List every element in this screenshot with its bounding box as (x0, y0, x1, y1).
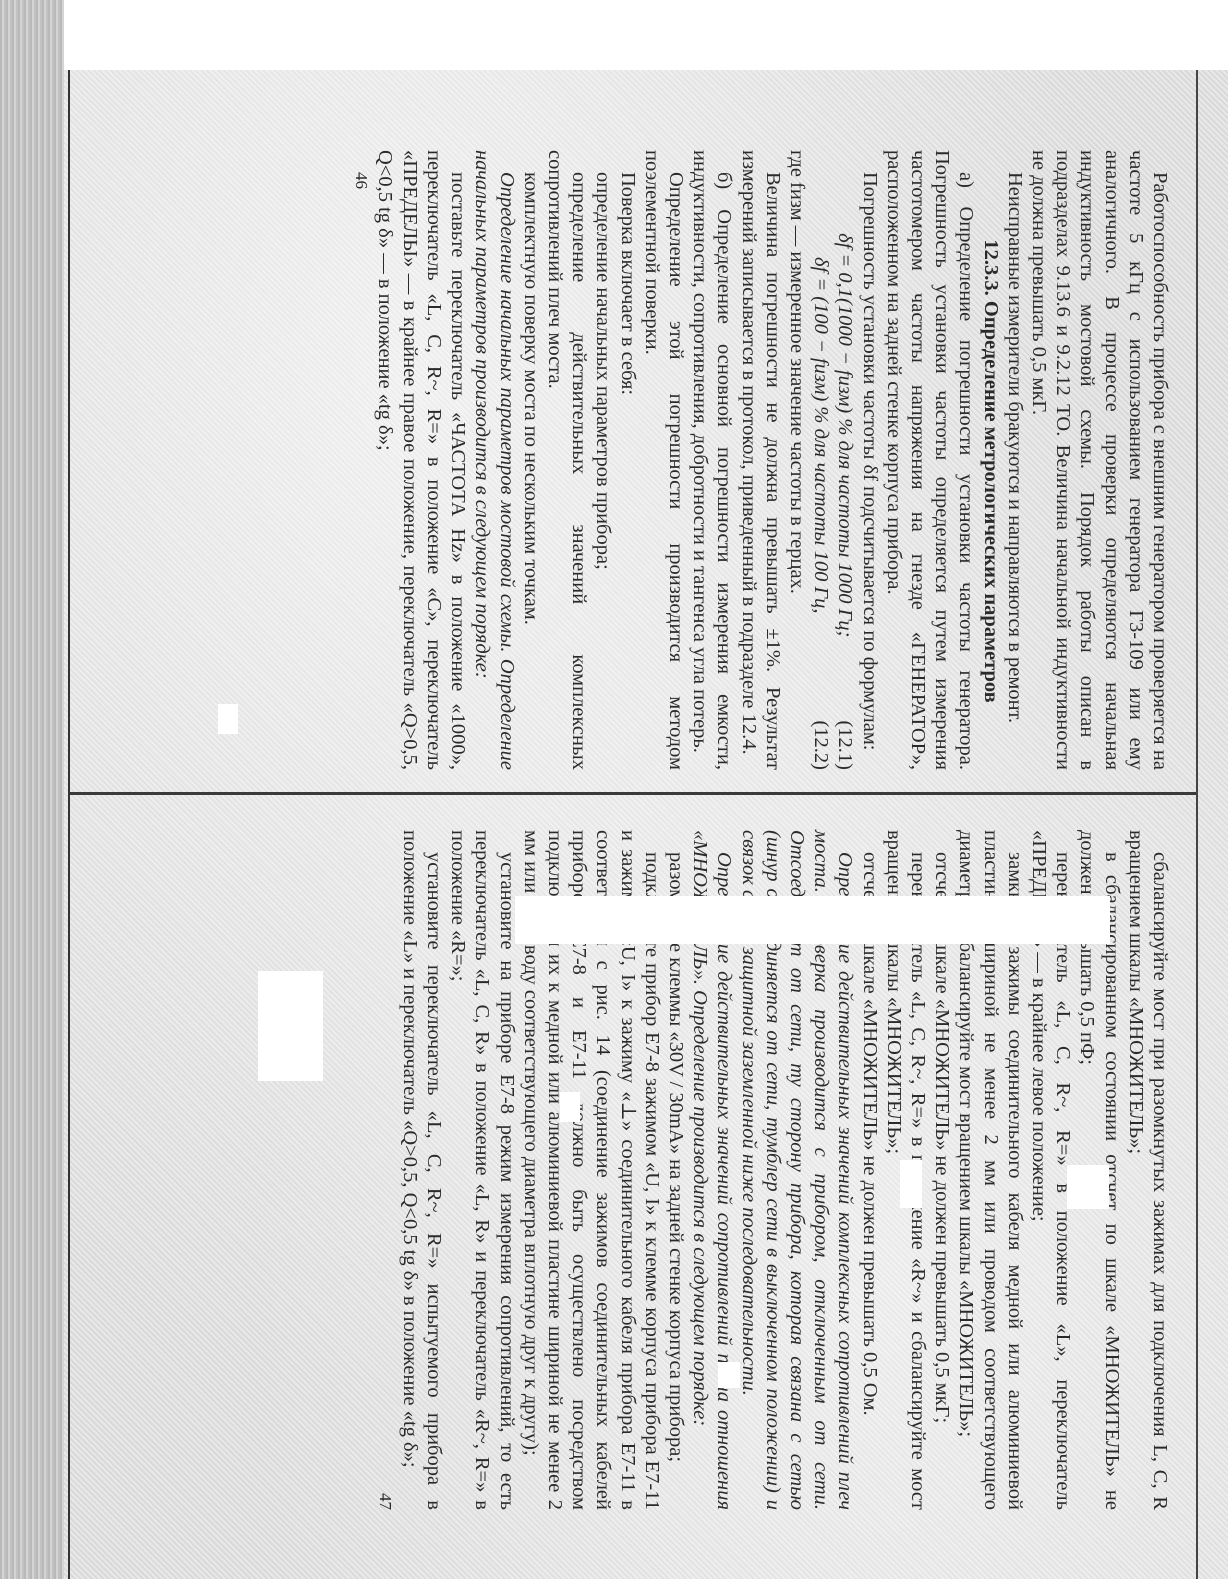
paragraph: поставьте переключатель «ЧАСТОТА Hz» в п… (373, 150, 470, 770)
redaction-patch (560, 1092, 580, 1122)
equation-number: (12.1) (833, 698, 857, 770)
list-item: определение начальных параметров прибора… (591, 150, 615, 770)
redaction-patch (258, 971, 323, 1081)
list-item: установите на приборе Е7-8 режим измерен… (446, 830, 519, 1510)
redaction-patch (900, 1160, 922, 1208)
formula-12-2: δf = (100 − fизм) % для частоты 100 Гц, … (809, 150, 833, 770)
list-item: установите переключатель «L, C, R~, R=» … (398, 830, 446, 1510)
paragraph: б) Определение основной погрешности изме… (688, 150, 736, 770)
paragraph: сбалансируйте мост при разомкнутых зажим… (1124, 830, 1172, 1510)
subsection-a: а) Определение погрешности установки час… (882, 150, 979, 770)
page-46: Работоспособность прибора с внешним гене… (150, 140, 1180, 780)
scanner-edge-strip (0, 0, 64, 1579)
redaction-patch (1067, 1165, 1109, 1209)
formula-12-1: δf = 0,1(1000 − fизм) % для частоты 1000… (833, 150, 857, 770)
redaction-bar (515, 896, 1110, 944)
page-edge-right (1196, 70, 1198, 1579)
list-item: комплектную поверку моста по нескольким … (519, 150, 543, 770)
page-edge-left (68, 70, 70, 1579)
page-number: 47 (373, 830, 397, 1510)
redaction-patch (718, 1362, 740, 1388)
equation-number: (12.2) (809, 698, 833, 770)
paragraph: Работоспособность прибора с внешним гене… (1027, 150, 1172, 770)
redaction-patch (218, 704, 238, 734)
formula-expression: δf = 0,1(1000 − fизм) % для частоты 1000… (834, 233, 856, 637)
paragraph: Определение этой погрешности производитс… (640, 150, 688, 770)
paragraph: Определение начальных параметров мостово… (470, 150, 518, 770)
page-number: 46 (349, 150, 373, 770)
paragraph: Величина погрешности не должна превышать… (736, 150, 784, 770)
paragraph: Поверка включает в себя: (615, 150, 639, 770)
section-title: 12.3.3. Определение метрологических пара… (978, 150, 1002, 770)
list-item: определение действительных значений комп… (543, 150, 591, 770)
book-spine-divider (70, 792, 1196, 795)
page-46-text: Работоспособность прибора с внешним гене… (150, 140, 1180, 780)
formula-expression: δf = (100 − fизм) % для частоты 100 Гц, (810, 257, 832, 614)
formula-intro: Погрешность установки частоты δf подсчит… (857, 150, 881, 770)
paragraph: где fизм — измеренное значение частоты в… (785, 150, 809, 770)
paragraph: Неисправные измерители бракуются и напра… (1003, 150, 1027, 770)
